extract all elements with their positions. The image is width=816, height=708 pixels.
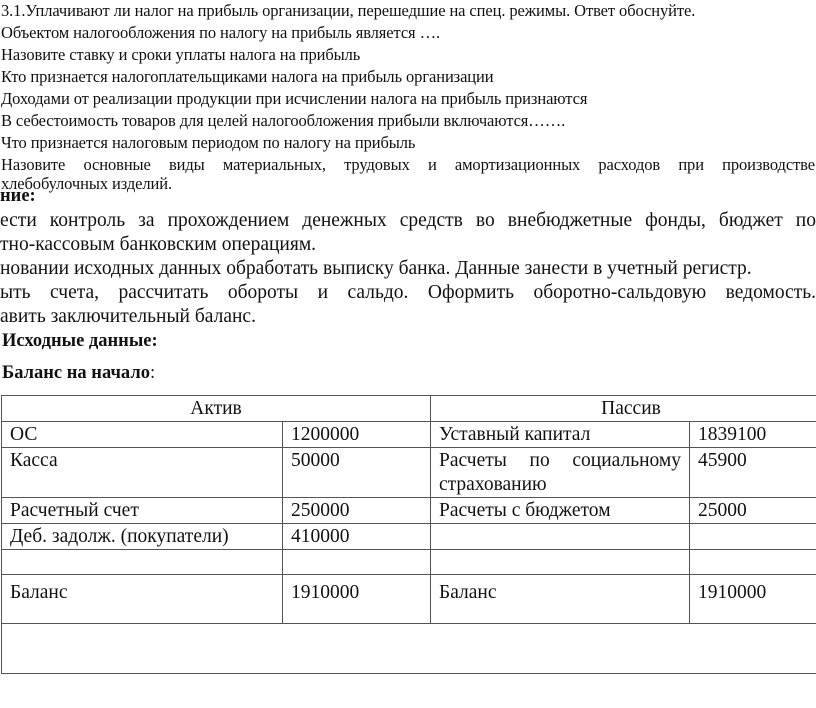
table-row: Расчетный счет 250000 Расчеты с бюджетом… bbox=[2, 498, 816, 524]
liability-total-value: 1910000 bbox=[690, 575, 816, 624]
asset-value bbox=[283, 550, 431, 575]
asset-name bbox=[2, 550, 283, 575]
blank-footer-cell bbox=[2, 624, 816, 674]
liability-name bbox=[431, 550, 690, 575]
question-item: Что признается налоговым периодом по нал… bbox=[1, 133, 415, 152]
asset-name: Деб. задолж. (покупатели) bbox=[2, 524, 283, 550]
header-liabilities: Пассив bbox=[431, 396, 816, 422]
balance-start-heading: Баланс на начало: bbox=[2, 363, 155, 384]
question-item: Назовите ставку и сроки уплаты налога на… bbox=[1, 45, 360, 64]
liability-name-line: Расчеты по социальному bbox=[439, 449, 681, 473]
asset-value: 250000 bbox=[283, 498, 431, 524]
table-row: ОС 1200000 Уставный капитал 1839100 bbox=[2, 422, 816, 448]
task-heading: ние: bbox=[0, 186, 36, 207]
question-item: Кто признается налогоплательщиками налог… bbox=[1, 67, 494, 86]
question-item: 3.1.Уплачивают ли налог на прибыль орган… bbox=[1, 1, 695, 20]
task-line: ыть счета, рассчитать обороты и сальдо. … bbox=[0, 281, 816, 305]
liability-value: 1839100 bbox=[690, 422, 816, 448]
liability-name: Расчеты с бюджетом bbox=[431, 498, 690, 524]
task-line-text: ести контроль за прохождением денежных с… bbox=[0, 209, 816, 233]
asset-value: 50000 bbox=[283, 448, 431, 498]
task-line: тно-кассовым банковским операциям. bbox=[0, 233, 316, 257]
liability-name-line: страхованию bbox=[439, 473, 681, 497]
liability-name bbox=[431, 524, 690, 550]
header-assets: Актив bbox=[2, 396, 431, 422]
table-row-blank-footer bbox=[2, 624, 816, 674]
balance-table: Актив Пассив ОС 1200000 Уставный капитал… bbox=[1, 395, 816, 674]
table-row: Деб. задолж. (покупатели) 410000 bbox=[2, 524, 816, 550]
asset-total-value: 1910000 bbox=[283, 575, 431, 624]
asset-name: Касса bbox=[2, 448, 283, 498]
question-item: Доходами от реализации продукции при исч… bbox=[1, 89, 587, 108]
liability-name: Расчеты по социальному страхованию bbox=[431, 448, 690, 498]
source-data-heading: Исходные данные: bbox=[2, 331, 158, 352]
balance-start-heading-text: Баланс на начало bbox=[2, 363, 150, 383]
asset-total-label: Баланс bbox=[2, 575, 283, 624]
table-row: Касса 50000 Расчеты по социальному страх… bbox=[2, 448, 816, 498]
task-line-text: ыть счета, рассчитать обороты и сальдо. … bbox=[0, 281, 816, 305]
question-item: Назовите основные виды материальных, тру… bbox=[1, 155, 815, 174]
table-row-empty bbox=[2, 550, 816, 575]
asset-name: Расчетный счет bbox=[2, 498, 283, 524]
asset-value: 410000 bbox=[283, 524, 431, 550]
balance-start-colon: : bbox=[150, 363, 155, 383]
liability-value: 45900 bbox=[690, 448, 816, 498]
liability-total-label: Баланс bbox=[431, 575, 690, 624]
table-header-row: Актив Пассив bbox=[2, 396, 816, 422]
liability-value bbox=[690, 550, 816, 575]
liability-value bbox=[690, 524, 816, 550]
question-item: Объектом налогообложения по налогу на пр… bbox=[1, 23, 440, 42]
table-row-total: Баланс 1910000 Баланс 1910000 bbox=[2, 575, 816, 624]
question-item: В себестоимость товаров для целей налого… bbox=[1, 111, 565, 130]
liability-name: Уставный капитал bbox=[431, 422, 690, 448]
task-line: авить заключительный баланс. bbox=[0, 305, 256, 329]
asset-name: ОС bbox=[2, 422, 283, 448]
task-line: новании исходных данных обработать выпис… bbox=[0, 257, 752, 281]
asset-value: 1200000 bbox=[283, 422, 431, 448]
task-line: ести контроль за прохождением денежных с… bbox=[0, 209, 816, 233]
liability-value: 25000 bbox=[690, 498, 816, 524]
